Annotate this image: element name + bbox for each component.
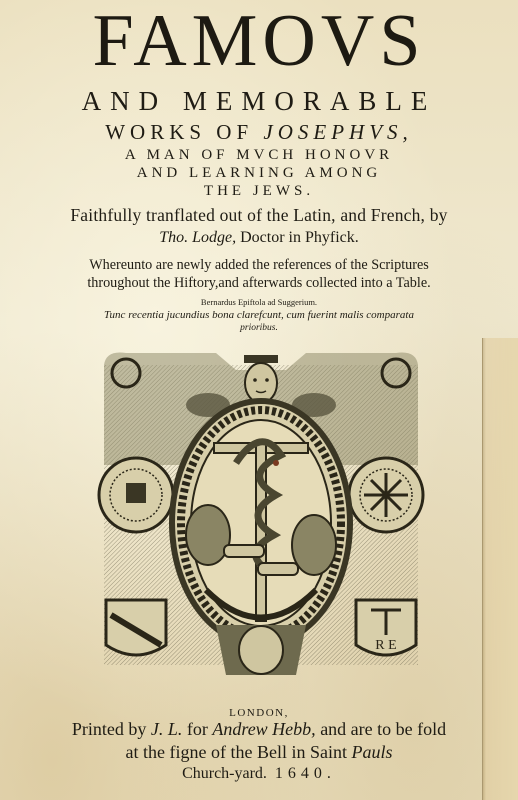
translator-title: Doctor in Phyfick.: [240, 229, 359, 246]
printers-device-woodcut: R E: [96, 345, 426, 690]
svg-text:R E: R E: [375, 638, 396, 653]
publication-year: 1640.: [275, 765, 336, 782]
imprint-date-line: Church-yard.1640.: [0, 764, 518, 784]
imprint-printer-line: Printed by J. L. for Andrew Hebb, and ar…: [0, 718, 518, 740]
publisher-name: Andrew Hebb,: [212, 719, 315, 739]
translation-line: Faithfully tranflated out of the Latin, …: [0, 204, 518, 226]
location-text: at the figne of the Bell in Saint: [126, 742, 347, 762]
subtitle-line-1: AND MEMORABLE: [0, 86, 518, 116]
translator-line: Tho. Lodge, Doctor in Phyfick.: [0, 228, 518, 248]
subtitle-line-3: A MAN OF MVCH HONOVR: [0, 146, 518, 164]
additions-line-2: throughout the Hiftory,and afterwards co…: [0, 275, 518, 292]
josephus-name: JOSEPHVS,: [263, 120, 412, 144]
book-title: FAMOVS: [0, 2, 518, 80]
epigraph-source: Bernardus Epiftola ad Suggerium.: [0, 297, 518, 308]
sold-text: and are to be fold: [320, 719, 446, 739]
imprint-location-line: at the figne of the Bell in Saint Pauls: [0, 741, 518, 763]
works-of-text: WORKS OF: [105, 120, 253, 144]
additions-line-1: Whereunto are newly added the references…: [0, 257, 518, 274]
title-page: FAMOVS AND MEMORABLE WORKS OF JOSEPHVS, …: [0, 0, 518, 800]
translator-name: Tho. Lodge,: [159, 229, 236, 246]
epigraph-line-2: prioribus.: [0, 322, 518, 334]
anchor-serpent-emblem-icon: R E: [96, 345, 426, 690]
churchyard-text: Church-yard.: [182, 765, 267, 782]
for-text: for: [187, 719, 208, 739]
epigraph-line-1: Tunc recentia jucundius bona clarefcunt,…: [0, 309, 518, 322]
subtitle-line-4: AND LEARNING AMONG: [0, 164, 518, 182]
location-name: Pauls: [351, 742, 392, 762]
printer-initials: J. L.: [151, 719, 183, 739]
printed-by-text: Printed by: [72, 719, 147, 739]
subtitle-line-5: THE JEWS.: [0, 182, 518, 200]
subtitle-line-2: WORKS OF JOSEPHVS,: [0, 120, 518, 144]
